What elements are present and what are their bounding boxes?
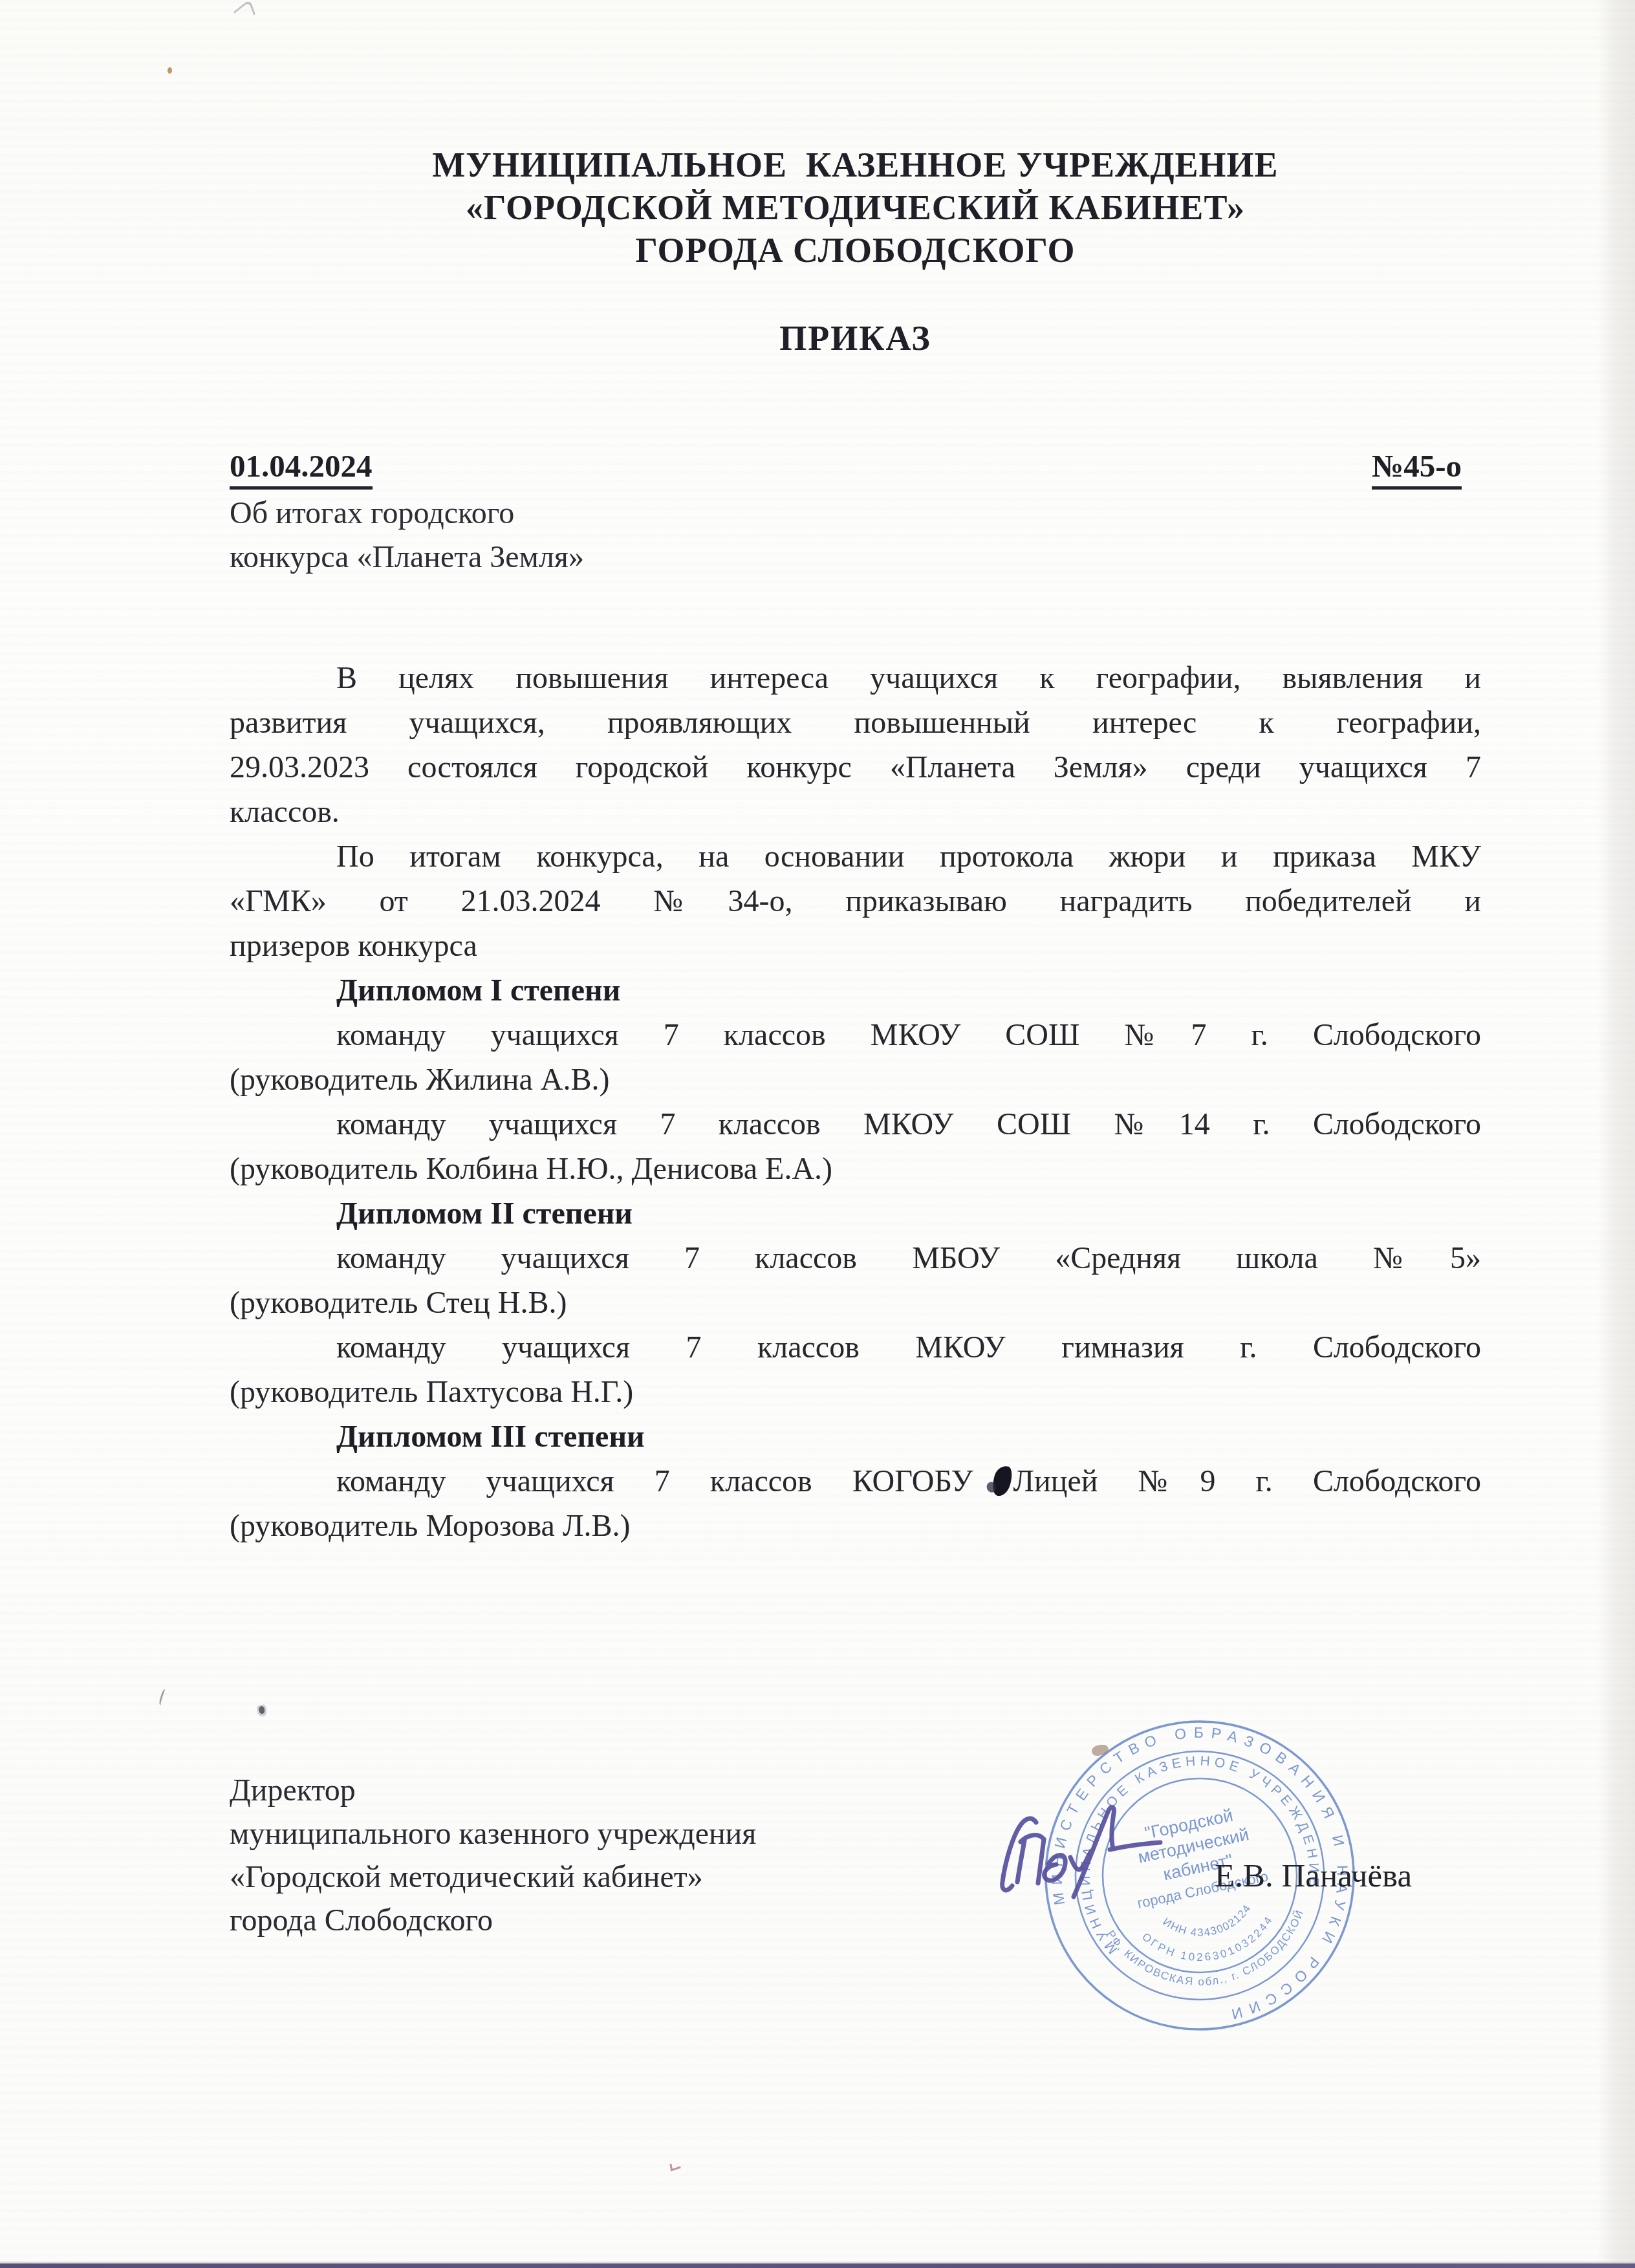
- org-name-line-3: ГОРОДА СЛОБОДСКОГО: [230, 229, 1481, 272]
- paper-edge-bottom-highlight: [0, 2262, 1635, 2263]
- body-line: призеров конкурса: [230, 923, 1481, 968]
- doc-number: №45-о: [1372, 448, 1462, 490]
- signature-title-block: Директормуниципального казенного учрежде…: [230, 1769, 756, 1942]
- body-text: В целях повышения интереса учащихся к ге…: [230, 656, 1481, 1548]
- body-line: Дипломом I степени: [230, 968, 1481, 1013]
- scan-artifact-dot: [168, 67, 172, 74]
- signature-title-line: «Городской методический кабинет»: [230, 1855, 756, 1899]
- signature-title-line: муниципального казенного учреждения: [230, 1812, 756, 1855]
- scan-artifact-speck: [158, 1689, 169, 1707]
- scan-artifact-squiggle: [233, 0, 255, 27]
- body-line: развития учащихся, проявляющих повышенны…: [230, 700, 1481, 745]
- org-name-line-2: «ГОРОДСКОЙ МЕТОДИЧЕСКИЙ КАБИНЕТ»: [230, 186, 1481, 229]
- body-line: (руководитель Морозова Л.В.): [230, 1504, 1481, 1548]
- scan-artifact-speck: [256, 1704, 269, 1719]
- body-line: (руководитель Жилина А.В.): [230, 1057, 1481, 1102]
- body-line: (руководитель Колбина Н.Ю., Денисова Е.А…: [230, 1147, 1481, 1191]
- body-line: По итогам конкурса, на основании протоко…: [230, 834, 1481, 879]
- signature-stroke-dash: [1110, 1842, 1160, 1850]
- body-line: Дипломом II степени: [230, 1191, 1481, 1236]
- doc-subject: Об итогах городского конкурса «Планета З…: [230, 491, 584, 579]
- paper-edge-right: [1597, 0, 1635, 2268]
- signature-title-line: города Слободского: [230, 1899, 756, 1942]
- signature-stroke-o: [1045, 1855, 1066, 1881]
- signature-stroke-p: [1017, 1835, 1044, 1883]
- body-line: В целях повышения интереса учащихся к ге…: [230, 656, 1481, 700]
- body-line: классов.: [230, 790, 1481, 834]
- doc-type-title: ПРИКАЗ: [230, 318, 1481, 358]
- document-page: МУНИЦИПАЛЬНОЕ КАЗЕННОЕ УЧРЕЖДЕНИЕ «ГОРОД…: [0, 0, 1635, 2268]
- org-header: МУНИЦИПАЛЬНОЕ КАЗЕННОЕ УЧРЕЖДЕНИЕ «ГОРОД…: [230, 144, 1481, 272]
- paper-edge-bottom: [0, 2263, 1635, 2268]
- meta-row: 01.04.2024 №45-о: [230, 448, 1462, 490]
- body-line: команду учащихся 7 классов МБОУ «Средняя…: [230, 1236, 1481, 1280]
- signer-name: Е.В. Паначёва: [1215, 1857, 1412, 1895]
- scan-artifact-mark: [669, 2161, 680, 2172]
- doc-date: 01.04.2024: [230, 448, 373, 490]
- handwritten-signature: [983, 1785, 1177, 1927]
- body-line: команду учащихся 7 классов МКОУ гимназия…: [230, 1325, 1481, 1370]
- subject-line-2: конкурса «Планета Земля»: [230, 535, 584, 579]
- body-line: команду учащихся 7 классов МКОУ СОШ №14 …: [230, 1102, 1481, 1147]
- signature-title-line: Директор: [230, 1769, 756, 1812]
- subject-line-1: Об итогах городского: [230, 491, 584, 535]
- body-line: 29.03.2023 состоялся городской конкурс «…: [230, 745, 1481, 790]
- body-line: команду учащихся 7 классов КОГОБУ Лицей …: [230, 1459, 1481, 1504]
- body-line: Дипломом III степени: [230, 1414, 1481, 1459]
- body-line: команду учащихся 7 классов МКОУ СОШ №7 г…: [230, 1013, 1481, 1057]
- body-line: (руководитель Стец Н.В.): [230, 1280, 1481, 1325]
- body-line: (руководитель Пахтусова Н.Г.): [230, 1370, 1481, 1414]
- signature-stroke-slash: [1074, 1808, 1114, 1897]
- body-line: «ГМК» от 21.03.2024 №34-о, приказываю на…: [230, 879, 1481, 923]
- org-name-line-1: МУНИЦИПАЛЬНОЕ КАЗЕННОЕ УЧРЕЖДЕНИЕ: [230, 144, 1481, 186]
